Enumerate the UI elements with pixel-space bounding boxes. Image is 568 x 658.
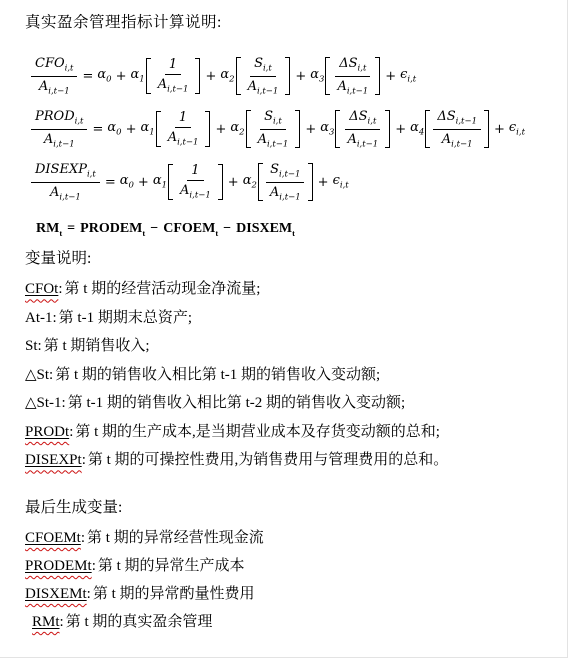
fraction-denominator: Ai,t−1 (176, 181, 215, 200)
math-operator: + (228, 175, 239, 190)
term-separator: : (81, 530, 85, 546)
math-variable: α3 (320, 120, 334, 137)
bracketed-fraction: Si,tAi,t−1 (246, 109, 301, 148)
term-definition: 第 t 期的真实盈余管理 (66, 614, 213, 630)
formula-prod-model: PRODi,tAi,t−1=α0+α11Ai,t−1+α2Si,tAi,t−1+… (30, 107, 561, 151)
right-bracket (484, 110, 489, 147)
left-bracket (236, 57, 241, 94)
fraction-numerator: 1 (175, 110, 191, 128)
fraction-numerator: CFOi,t (31, 56, 77, 76)
variable-CFOt: CFOt:第 t 期的经营活动现金净流量; (25, 275, 561, 304)
fraction-numerator: PRODi,t (31, 109, 87, 129)
variable-△St-1: △St-1:第 t-1 期的销售收入相比第 t-2 期的销售收入变动额; (25, 389, 561, 418)
math-variable: α2 (230, 120, 244, 137)
math-variable: α1 (130, 67, 144, 84)
document-page: 真实盈余管理指标计算说明: CFOi,tAi,t−1=α0+α11Ai,t−1+… (0, 0, 568, 658)
term-definition: 第 t 期的经营活动现金净流量; (65, 281, 261, 297)
term-separator: : (62, 395, 66, 411)
output-variable-CFOEMt: CFOEMt:第 t 期的异常经营性现金流 (25, 524, 561, 552)
math-operator: + (395, 122, 406, 137)
term-label-text: PRODt (25, 424, 69, 440)
fraction-denominator: Ai,t−1 (46, 183, 85, 202)
term-separator: : (49, 367, 53, 383)
math-operator: + (116, 69, 127, 84)
bracketed-fraction: ΔSi,tAi,t−1 (325, 56, 380, 95)
term-label-text: PRODEMt (25, 558, 92, 574)
fraction-denominator: Ai,t−1 (35, 77, 74, 96)
math-variable: DISXEMt (236, 221, 295, 237)
fraction-denominator: Ai,t−1 (154, 75, 193, 94)
fraction: Si,tAi,t−1 (254, 109, 293, 148)
fraction-numerator: ΔSi,t (335, 56, 370, 76)
term-definition: 第 t-1 期期末总资产; (59, 310, 192, 326)
math-operator: + (295, 69, 306, 84)
bracketed-fraction: 1Ai,t−1 (168, 163, 223, 200)
math-operator: + (205, 69, 216, 84)
math-variable: CFOEMt (163, 221, 218, 237)
right-bracket (308, 163, 313, 200)
term-definition: 第 t 期的异常经营性现金流 (87, 530, 264, 546)
math-operator: = (105, 175, 116, 190)
term-separator: : (92, 558, 96, 574)
fraction-denominator: Ai,t−1 (266, 183, 305, 202)
math-variable: α3 (310, 67, 324, 84)
output-variable-PRODEMt: PRODEMt:第 t 期的异常生产成本 (25, 552, 561, 580)
formula-block: CFOi,tAi,t−1=α0+α11Ai,t−1+α2Si,tAi,t−1+α… (25, 54, 561, 204)
fraction: Si,tAi,t−1 (244, 56, 283, 95)
bracketed-fraction: 1Ai,t−1 (146, 57, 201, 94)
term-label-text: RMt (32, 614, 60, 630)
fraction: Si,t−1Ai,t−1 (266, 162, 305, 201)
term-label-text: DISEXPt (25, 452, 82, 468)
right-bracket (385, 110, 390, 147)
term-label-text: CFOEMt (25, 530, 81, 546)
fraction: ΔSi,tAi,t−1 (343, 109, 382, 148)
term-label: St (25, 338, 38, 354)
bracketed-fraction: Si,tAi,t−1 (236, 56, 291, 95)
fraction: ΔSi,tAi,t−1 (333, 56, 372, 95)
fraction-numerator: DISEXPi,t (31, 162, 100, 182)
left-bracket (258, 163, 263, 200)
document-body: 真实盈余管理指标计算说明: CFOi,tAi,t−1=α0+α11Ai,t−1+… (0, 0, 567, 636)
output-list: CFOEMt:第 t 期的异常经营性现金流PRODEMt:第 t 期的异常生产成… (25, 524, 561, 636)
fraction-numerator: Si,t (250, 56, 276, 76)
math-operator: + (138, 175, 149, 190)
fraction: 1Ai,t−1 (176, 163, 215, 200)
math-operator: + (318, 175, 329, 190)
left-bracket (168, 164, 173, 199)
right-bracket (218, 164, 223, 199)
math-variable: ϵi,t (509, 120, 525, 137)
term-definition: 第 t 期的销售收入相比第 t-1 期的销售收入变动额; (55, 367, 380, 383)
fraction: PRODi,tAi,t−1 (31, 109, 87, 148)
variable-St: St:第 t 期销售收入; (25, 332, 561, 361)
math-operator: − (150, 221, 158, 237)
right-bracket (285, 57, 290, 94)
fraction: CFOi,tAi,t−1 (31, 56, 77, 95)
variables-list: CFOt:第 t 期的经营活动现金净流量;At-1:第 t-1 期期末总资产;S… (25, 275, 561, 475)
math-operator: = (67, 221, 75, 237)
fraction-denominator: Ai,t−1 (164, 128, 203, 147)
right-bracket (375, 57, 380, 94)
rm-equation: RMt=PRODEMt−CFOEMt−DISXEMt (36, 221, 561, 237)
output-heading: 最后生成变量: (25, 498, 561, 517)
fraction-denominator: Ai,t−1 (40, 130, 79, 149)
term-label-text: DISXEMt (25, 586, 87, 602)
bracketed-fraction: Si,t−1Ai,t−1 (258, 162, 313, 201)
math-variable: ϵi,t (333, 173, 349, 190)
left-bracket (425, 110, 430, 147)
formula-cfo-model: CFOi,tAi,t−1=α0+α11Ai,t−1+α2Si,tAi,t−1+α… (30, 54, 561, 98)
fraction-denominator: Ai,t−1 (333, 77, 372, 96)
left-bracket (156, 111, 161, 146)
math-operator: + (494, 122, 505, 137)
right-bracket (205, 111, 210, 146)
fraction-numerator: ΔSi,t (345, 109, 380, 129)
variables-heading: 变量说明: (25, 249, 561, 268)
fraction-denominator: Ai,t−1 (343, 130, 382, 149)
term-label: △St-1 (25, 395, 62, 411)
term-separator: : (53, 310, 57, 326)
term-separator: : (38, 338, 42, 354)
fraction-denominator: Ai,t−1 (438, 130, 477, 149)
bracketed-fraction: 1Ai,t−1 (156, 110, 211, 147)
term-definition: 第 t 期的异常酌量性费用 (93, 586, 255, 602)
math-variable: α2 (220, 67, 234, 84)
fraction-numerator: Si,t (260, 109, 286, 129)
term-separator: : (58, 281, 62, 297)
formula-disexp-model: DISEXPi,tAi,t−1=α0+α11Ai,t−1+α2Si,t−1Ai,… (30, 160, 561, 204)
math-variable: α0 (107, 120, 121, 137)
math-variable: α1 (153, 173, 167, 190)
term-definition: 第 t 期的异常生产成本 (98, 558, 245, 574)
bracketed-fraction: ΔSi,tAi,t−1 (335, 109, 390, 148)
math-operator: + (215, 122, 226, 137)
term-separator: : (82, 452, 86, 468)
math-operator: + (385, 69, 396, 84)
term-definition: 第 t-1 期的销售收入相比第 t-2 期的销售收入变动额; (68, 395, 406, 411)
variable-DISEXPt: DISEXPt:第 t 期的可操控性费用,为销售费用与管理费用的总和。 (25, 446, 561, 475)
math-variable: α0 (97, 67, 111, 84)
variable-PRODt: PRODt:第 t 期的生产成本,是当期营业成本及存货变动额的总和; (25, 418, 561, 447)
fraction-numerator: 1 (187, 163, 203, 181)
term-separator: : (69, 424, 73, 440)
term-label: CFOEMt (25, 530, 81, 546)
left-bracket (335, 110, 340, 147)
term-label: PRODt (25, 424, 69, 440)
math-variable: PRODEMt (80, 221, 145, 237)
bracketed-fraction: ΔSi,t−1Ai,t−1 (425, 109, 489, 148)
fraction-denominator: Ai,t−1 (254, 130, 293, 149)
term-label: PRODEMt (25, 558, 92, 574)
output-variable-RMt: RMt:第 t 期的真实盈余管理 (25, 608, 561, 636)
math-variable: RMt (36, 221, 62, 237)
left-bracket (246, 110, 251, 147)
term-label: At-1 (25, 310, 53, 326)
math-variable: ϵi,t (400, 67, 416, 84)
output-variable-DISXEMt: DISXEMt:第 t 期的异常酌量性费用 (25, 580, 561, 608)
term-label: CFOt (25, 281, 58, 297)
right-bracket (195, 58, 200, 93)
math-variable: α0 (120, 173, 134, 190)
term-separator: : (87, 586, 91, 602)
math-operator: + (126, 122, 137, 137)
term-label: DISXEMt (25, 586, 87, 602)
left-bracket (146, 58, 151, 93)
term-label: RMt (32, 614, 60, 630)
math-operator: + (305, 122, 316, 137)
term-definition: 第 t 期的生产成本,是当期营业成本及存货变动额的总和; (75, 424, 440, 440)
math-variable: α2 (243, 173, 257, 190)
fraction-denominator: Ai,t−1 (244, 77, 283, 96)
term-label-text: CFOt (25, 281, 58, 297)
math-operator: − (223, 221, 231, 237)
math-operator: = (92, 122, 103, 137)
term-label: △St (25, 367, 49, 383)
variable-At-1: At-1:第 t-1 期期末总资产; (25, 304, 561, 333)
fraction: DISEXPi,tAi,t−1 (31, 162, 100, 201)
fraction: 1Ai,t−1 (164, 110, 203, 147)
term-separator: : (60, 614, 64, 630)
math-variable: α1 (140, 120, 154, 137)
fraction: 1Ai,t−1 (154, 57, 193, 94)
term-label: DISEXPt (25, 452, 82, 468)
fraction-numerator: Si,t−1 (266, 162, 304, 182)
math-variable: α4 (410, 120, 424, 137)
fraction-numerator: ΔSi,t−1 (433, 109, 481, 129)
variable-△St: △St:第 t 期的销售收入相比第 t-1 期的销售收入变动额; (25, 361, 561, 390)
term-definition: 第 t 期的可操控性费用,为销售费用与管理费用的总和。 (88, 452, 448, 468)
page-title: 真实盈余管理指标计算说明: (25, 13, 561, 32)
fraction-numerator: 1 (165, 57, 181, 75)
math-operator: = (82, 69, 93, 84)
fraction: ΔSi,t−1Ai,t−1 (433, 109, 481, 148)
left-bracket (325, 57, 330, 94)
term-definition: 第 t 期销售收入; (44, 338, 150, 354)
right-bracket (295, 110, 300, 147)
